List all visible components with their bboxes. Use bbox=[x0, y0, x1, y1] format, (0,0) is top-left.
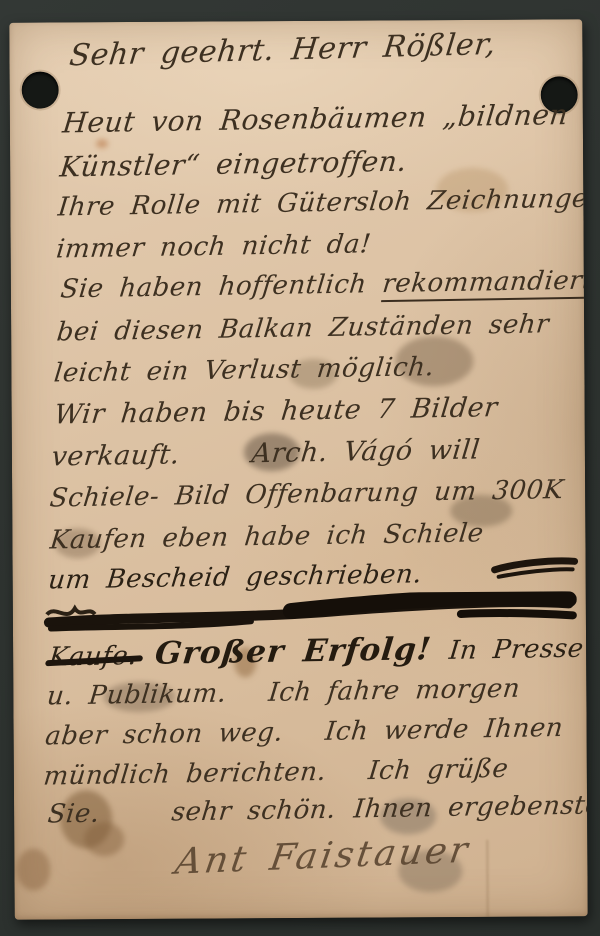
handwritten-line: Sie haben hoffentlich rekommandiert bbox=[59, 266, 588, 305]
handwritten-line: Kaufe.Großer Erfolg!In Presse bbox=[47, 629, 585, 674]
handwritten-line: Heut von Rosenbäumen „bildnen bbox=[61, 98, 570, 139]
line-text: Arch. Vágó will bbox=[250, 434, 481, 469]
ink-stain bbox=[96, 139, 108, 148]
handwritten-line: verkauft.Arch. Vágó will bbox=[50, 434, 482, 472]
handwritten-line: Kaufen eben habe ich Schiele bbox=[49, 518, 486, 555]
handwritten-line: Künstler“ eingetroffen. bbox=[58, 145, 408, 184]
handwritten-line: u. Publikum.Ich fahre morgen bbox=[45, 674, 521, 712]
handwritten-line: leicht ein Verlust möglich. bbox=[53, 352, 436, 388]
salutation-line: Sehr geehrt. Herr Rößler, bbox=[68, 27, 498, 74]
line-text: Ich werde Ihnen bbox=[324, 713, 565, 747]
line-text: In Presse bbox=[448, 634, 586, 666]
underlined-word: rekommandiert bbox=[381, 266, 588, 303]
handwritten-line: um Bescheid geschrieben. bbox=[47, 559, 424, 595]
paper-crease bbox=[486, 840, 489, 920]
punch-hole-left bbox=[22, 71, 59, 108]
ink-scribble-crossout bbox=[491, 553, 579, 584]
handwritten-line: Wir haben bis heute 7 Bilder bbox=[53, 392, 500, 430]
postcard-scan: Sehr geehrt. Herr Rößler, Heut von Rosen… bbox=[9, 19, 587, 919]
handwritten-line: Ihre Rolle mit Gütersloh Zeichnungen bbox=[56, 183, 587, 222]
line-text: Ihnen ergebenster bbox=[352, 790, 587, 824]
struck-word: Kaufe. bbox=[47, 641, 138, 672]
line-text: verkauft. bbox=[50, 439, 181, 472]
handwritten-line: immer noch nicht da! bbox=[55, 229, 373, 264]
handwritten-line: aber schon weg.Ich werde Ihnen bbox=[44, 713, 565, 752]
emphasized-phrase: Großer Erfolg! bbox=[153, 631, 433, 672]
line-text: Sie haben hoffentlich bbox=[59, 269, 384, 304]
ink-stain bbox=[16, 849, 50, 891]
line-text: Ich fahre morgen bbox=[267, 674, 522, 708]
handwritten-line: mündlich berichten.Ich grüße bbox=[42, 754, 510, 792]
handwritten-line: bei diesen Balkan Zuständen sehr bbox=[55, 309, 550, 347]
line-text: Ich grüße bbox=[367, 754, 510, 786]
line-text: sehr schön. bbox=[170, 795, 337, 828]
handwritten-line: Sie.sehr schön.Ihnen ergebenster bbox=[46, 790, 588, 829]
line-text: Sie. bbox=[46, 799, 101, 830]
line-text: mündlich berichten. bbox=[42, 757, 328, 792]
line-text: aber schon weg. bbox=[44, 718, 285, 752]
line-text: u. Publikum. bbox=[45, 679, 228, 712]
